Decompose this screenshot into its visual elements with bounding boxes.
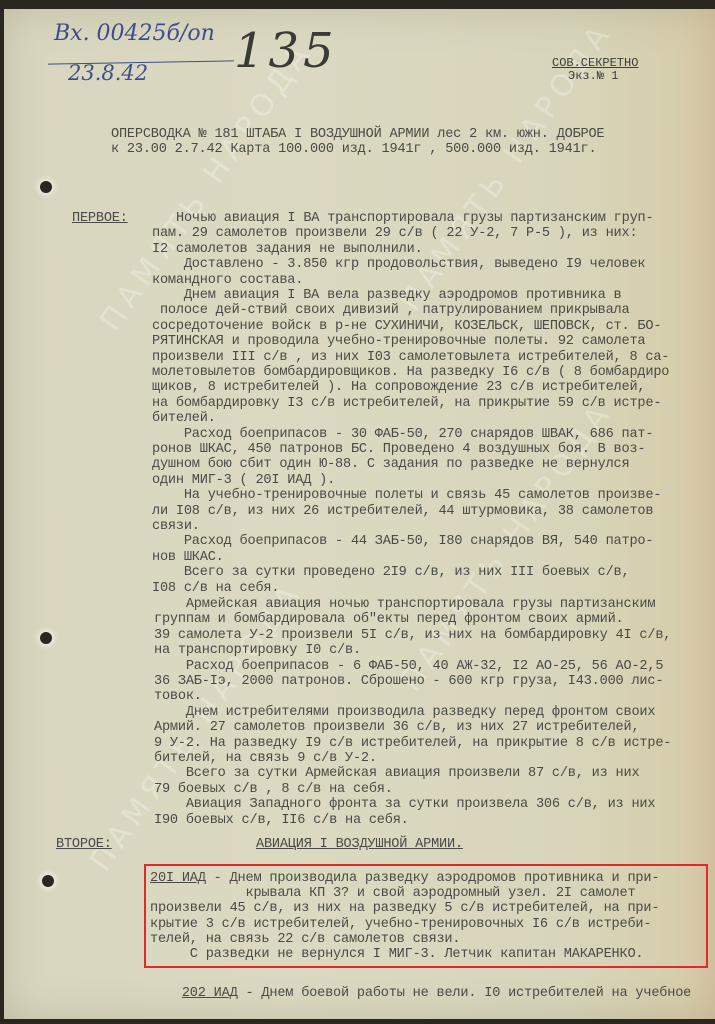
report-header-line-2: к 23.00 2.7.42 Карта 100.000 изд. 1941г … — [111, 142, 596, 157]
section-first-label: ПЕРВОЕ: — [72, 211, 128, 226]
next-unit-report: 202 ИАД - Днем боевой работы не вели. I0… — [150, 971, 691, 1017]
text-line: командного состава. — [152, 273, 303, 288]
text-line: нов ШКАС. — [152, 550, 224, 565]
text-line: бителей. — [152, 411, 216, 426]
text-line: произвели III с/в , из них I03 самолетов… — [152, 350, 669, 365]
section-second-label: ВТОРОЕ: — [56, 837, 112, 852]
document-page: ПАМЯТЬ НАРОДА ПАМЯТЬ НАРОДА ПАМЯТЬ НАРОД… — [4, 9, 715, 1019]
text-line: I2 самолетов задания не выполнили. — [152, 242, 423, 257]
text-line: один МИГ-3 ( 20I ИАД ). — [152, 473, 335, 488]
text-line: 20I ИАД - Днем производила разведку аэро… — [150, 871, 659, 886]
text-line: молетовылетов бомбардировщиков. На разве… — [152, 365, 669, 380]
text-line: душном бою сбит один Ю-88. С задания по … — [152, 457, 629, 472]
text-line: Днем авиация I ВА вела разведку аэродром… — [152, 288, 622, 303]
text-line: Доставлено - 3.850 кгр продовольствия, в… — [152, 257, 645, 272]
text-line: на бомбардировку I3 с/в истребителей, на… — [152, 396, 661, 411]
unit-202-label: 202 ИАД — [182, 986, 238, 1001]
text-line: I90 боевых с/в, II6 с/в на себя. — [154, 813, 409, 828]
unit-201-label: 20I ИАД — [150, 871, 206, 886]
text-line: крытие 3 с/в истребителей, учебно-тренир… — [150, 917, 651, 932]
text-line: щиков, 8 истребителей ). На сопровождени… — [152, 380, 645, 395]
text-line: сосредоточение войск в р-не СУХИНИЧИ, КО… — [152, 319, 661, 334]
text-line: 36 ЗАБ-Iэ, 2000 патронов. Сброшено - 600… — [154, 674, 663, 689]
text-line: ли I08 с/в, из них 26 истребителей, 44 ш… — [152, 504, 653, 519]
text-line: Расход боеприпасов - 30 ФАБ-50, 270 снар… — [152, 427, 653, 442]
section-second-title: АВИАЦИЯ I ВОЗДУШНОЙ АРМИИ. — [256, 837, 463, 852]
text-line: Армий. 27 самолетов произвели 36 с/в, из… — [154, 720, 639, 735]
text-line: РЯТИНСКАЯ и проводила учебно-тренировочн… — [152, 334, 645, 349]
unit-202-text: - Днем боевой работы не вели. I0 истреби… — [238, 986, 692, 1001]
text-line: Армейская авиация ночью транспортировала… — [154, 597, 655, 612]
text-line: Всего за сутки Армейская авиация произве… — [154, 766, 639, 781]
text-line: Расход боеприпасов - 44 ЗАБ-50, I80 снар… — [152, 534, 653, 549]
text-line: на транспортировку I0 с/в. — [154, 643, 361, 658]
text-line: ронов ШКАС, 450 патронов БС. Проведено 4… — [152, 442, 645, 457]
sheet-number: 135 — [234, 23, 338, 79]
text-line: На учебно-тренировочные полеты и связь 4… — [152, 488, 661, 503]
incoming-number-stamp: Вх. 00425б/оп — [54, 21, 215, 46]
text-line: товок. — [154, 689, 202, 704]
binding-hole — [42, 875, 54, 887]
text-line: произвели 45 с/в, из них на разведку 5 с… — [150, 901, 659, 916]
text-line: 79 боевых с/в , 8 с/в на себя. — [154, 782, 393, 797]
text-line: 39 самолета У-2 произвели 5I с/в, из них… — [154, 628, 671, 643]
text-line: I08 с/в на себя. — [152, 581, 279, 596]
copy-number: Экз.№ 1 — [552, 70, 638, 83]
text-line: Всего за сутки проведено 2I9 с/в, из них… — [152, 565, 629, 580]
text-line: пам. 29 самолетов произвели 29 с/в ( 22 … — [152, 226, 637, 241]
text-line: телей, на связь 22 с/в самолетов связи. — [150, 932, 460, 947]
text-line: группам и бомбардировала об"екты перед ф… — [154, 612, 624, 627]
text-line: 9 У-2. На разведку I9 с/в истребителей, … — [154, 736, 671, 751]
text-line: крывала КП 3? и свой аэродромный узел. 2… — [150, 886, 635, 901]
text-line: бителей, на связь 9 с/в У-2. — [154, 751, 377, 766]
text-line: Расход боеприпасов - 6 ФАБ-50, 40 АЖ-32,… — [154, 659, 663, 674]
text-line: полосе дей-ствий своих дивизий , патрули… — [152, 303, 629, 318]
text-line: Авиация Западного фронта за сутки произв… — [154, 797, 655, 812]
text-line: связи. — [152, 519, 200, 534]
report-header-line-1: ОПЕРСВОДКА № 181 ШТАБА I ВОЗДУШНОЙ АРМИИ… — [111, 127, 604, 142]
classification-block: СОВ.СЕКРЕТНО Экз.№ 1 — [552, 57, 638, 83]
text-line: Днем истребителями производила разведку … — [154, 705, 655, 720]
text-line: Ночью авиация I ВА транспортировала груз… — [176, 211, 653, 226]
incoming-date-stamp: 23.8.42 — [68, 61, 148, 85]
binding-hole — [40, 181, 52, 193]
text-line: С разведки не вернулся I МИГ-3. Летчик к… — [150, 947, 643, 962]
binding-hole — [40, 632, 52, 644]
